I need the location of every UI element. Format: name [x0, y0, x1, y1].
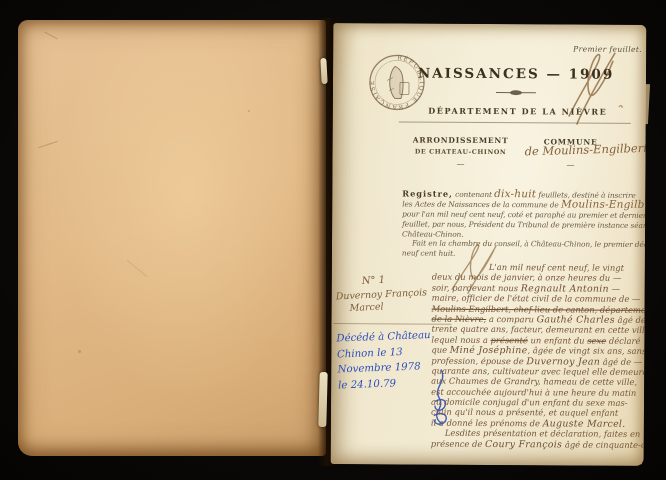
act-number: N° 1 — [361, 275, 385, 287]
paper-scratch — [127, 260, 148, 277]
paper-scratch — [38, 141, 57, 148]
act-margin-name: Marcel — [349, 301, 383, 314]
act-margin-name: Duvernoy François — [335, 287, 427, 302]
divider-ornament-icon — [496, 88, 536, 97]
arrondissement-dash: — — [400, 159, 520, 169]
commune-handwritten-value: de Moulins-Engilbert. — [524, 141, 646, 159]
paper-speck — [78, 350, 81, 353]
binding-thread — [318, 372, 327, 427]
clerk-signature — [555, 46, 642, 131]
commune-dash: — — [510, 160, 630, 170]
act-text: L'an mil neuf cent neuf, le vingtdeux du… — [431, 262, 647, 450]
page-title: NAISSANCES — 1909 — [401, 65, 631, 82]
binding-thread — [320, 58, 327, 84]
paper-speck — [248, 110, 250, 112]
right-page: Premier feuillet. RÉPUBLIQUE FRANÇAISE N… — [331, 23, 647, 466]
header-rule — [399, 121, 631, 123]
scanned-register-photo: Premier feuillet. RÉPUBLIQUE FRANÇAISE N… — [0, 0, 666, 480]
arrondissement-label: ARRONDISSEMENT — [401, 135, 521, 145]
arrondissement-value: DE CHATEAU-CHINON — [401, 148, 521, 156]
department-heading: DÉPARTEMENT DE LA NIÈVRE — [403, 105, 633, 116]
paper-scratch — [45, 32, 58, 39]
registre-paragraph: Registre, contenant dix-huit feuillets, … — [402, 189, 640, 260]
left-page — [18, 20, 326, 456]
